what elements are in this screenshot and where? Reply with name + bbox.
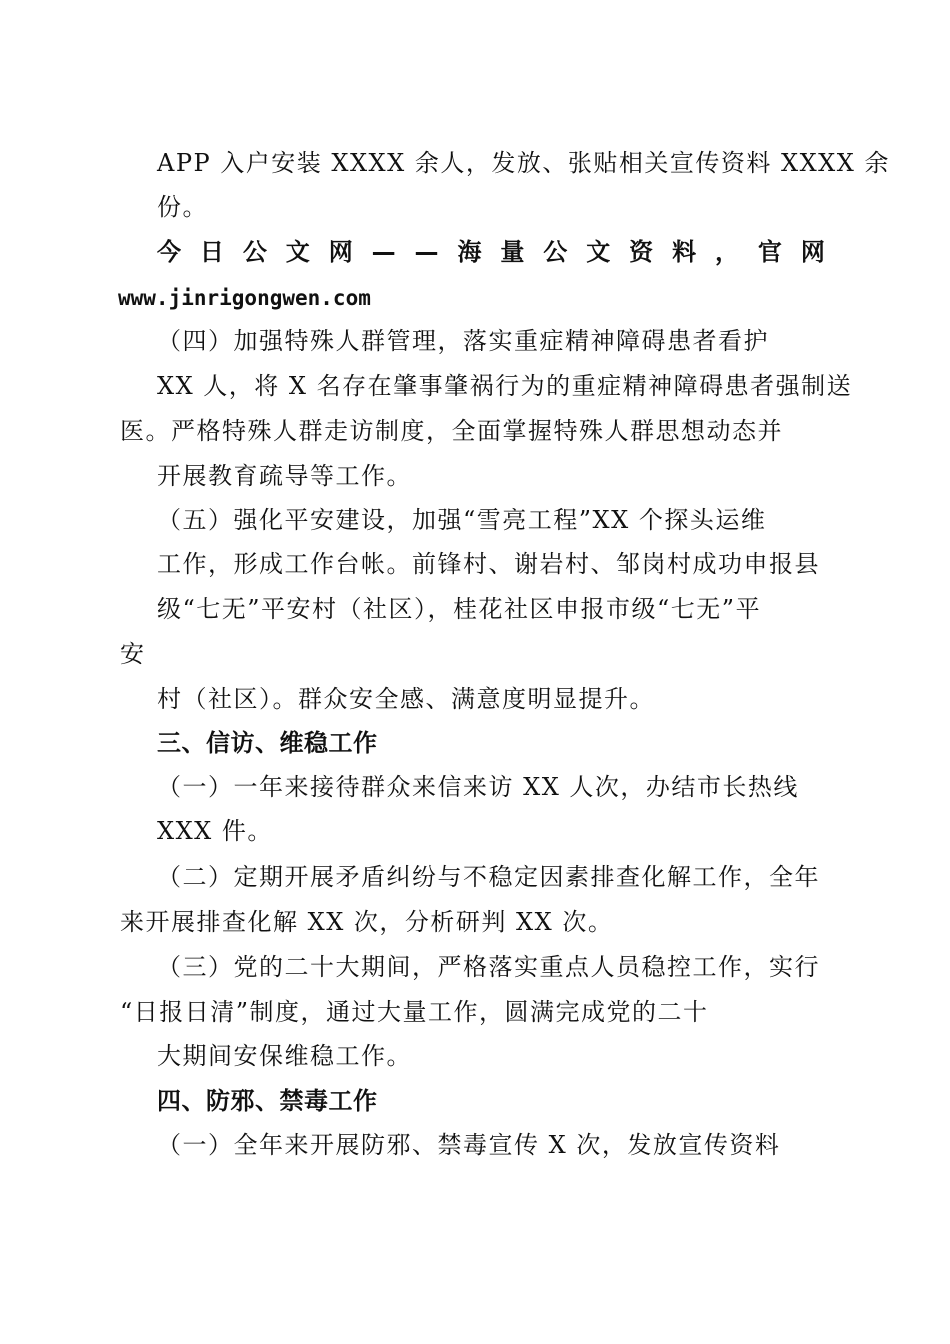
banner-char: — xyxy=(372,237,396,267)
paragraph-line: 医。严格特殊人群走访制度，全面掌握特殊人群思想动态并 xyxy=(120,416,783,446)
banner-char: 文 xyxy=(586,237,610,267)
paragraph-line: 开展教育疏导等工作。 xyxy=(157,461,412,491)
watermark-url-link[interactable]: www.jinrigongwen.com xyxy=(118,283,371,313)
paragraph-line: （二）定期开展矛盾纠纷与不稳定因素排查化解工作，全年 xyxy=(157,862,820,892)
banner-char: 今 xyxy=(157,237,181,267)
document-page: APP 入户安装 XXXX 余人，发放、张贴相关宣传资料 XXXX 余 份。 今… xyxy=(0,0,950,1344)
banner-char: — xyxy=(415,237,439,267)
section-heading: 三、信访、维稳工作 xyxy=(157,728,378,758)
paragraph-line: 工作，形成工作台帐。前锋村、谢岩村、邹岗村成功申报县 xyxy=(157,549,820,579)
banner-char: 文 xyxy=(286,237,310,267)
banner-char: ， xyxy=(715,237,739,267)
paragraph-line: APP 入户安装 XXXX 余人，发放、张贴相关宣传资料 XXXX 余 xyxy=(157,148,890,178)
banner-char: 日 xyxy=(200,237,224,267)
paragraph-line: （一）一年来接待群众来信来访 XX 人次，办结市长热线 xyxy=(157,772,799,802)
banner-char: 官 xyxy=(758,237,782,267)
watermark-banner: 今 日 公 文 网 — — 海 量 公 文 资 料 ， 官 网 xyxy=(157,237,825,267)
paragraph-line: “日报日清”制度，通过大量工作，圆满完成党的二十 xyxy=(120,997,709,1027)
paragraph-line: （一）全年来开展防邪、禁毒宣传 X 次，发放宣传资料 xyxy=(157,1130,780,1160)
banner-char: 资 xyxy=(629,237,653,267)
banner-char: 公 xyxy=(543,237,567,267)
paragraph-line: XXX 件。 xyxy=(157,816,273,846)
banner-char: 海 xyxy=(457,237,481,267)
paragraph-line: 安 xyxy=(120,639,146,669)
paragraph-line: 村（社区）。群众安全感、满意度明显提升。 xyxy=(157,684,655,714)
banner-char: 料 xyxy=(672,237,696,267)
paragraph-line: （五）强化平安建设，加强“雪亮工程”XX 个探头运维 xyxy=(157,505,766,535)
paragraph-line: 来开展排查化解 XX 次，分析研判 XX 次。 xyxy=(120,907,613,937)
banner-char: 量 xyxy=(500,237,524,267)
section-heading: 四、防邪、禁毒工作 xyxy=(157,1086,378,1116)
banner-char: 网 xyxy=(801,237,825,267)
paragraph-line: 份。 xyxy=(157,192,208,222)
paragraph-line: 级“七无”平安村（社区），桂花社区申报市级“七无”平 xyxy=(157,594,761,624)
banner-char: 网 xyxy=(329,237,353,267)
paragraph-line: XX 人，将 X 名存在肇事肇祸行为的重症精神障碍患者强制送 xyxy=(157,371,852,401)
paragraph-line: （四）加强特殊人群管理，落实重症精神障碍患者看护 xyxy=(157,326,769,356)
paragraph-line: （三）党的二十大期间，严格落实重点人员稳控工作，实行 xyxy=(157,952,820,982)
paragraph-line: 大期间安保维稳工作。 xyxy=(157,1041,412,1071)
banner-char: 公 xyxy=(243,237,267,267)
